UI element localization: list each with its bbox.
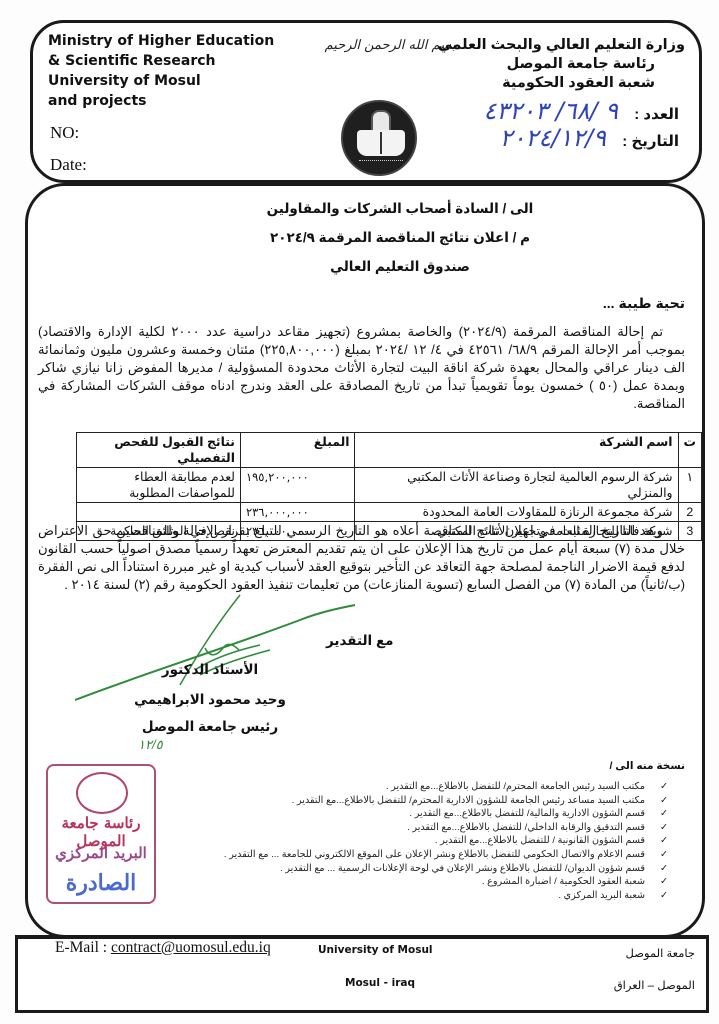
presidency-line-ar: رئاسة جامعة الموصل — [435, 55, 685, 74]
letterhead-english: Ministry of Higher Education & Scientifi… — [48, 31, 274, 111]
greeting: تحية طيبة ... — [603, 295, 685, 312]
checkmark-icon: ✓ — [655, 848, 673, 862]
row-index: 2 — [678, 503, 701, 522]
signatory-title: الأستاذ الدكتور — [110, 662, 310, 678]
checkmark-icon: ✓ — [655, 807, 673, 821]
reference-date-label: التاريخ : — [622, 133, 679, 150]
reference-value-handwritten: ٩ /٦٨/ ٤٣٢٠٣ — [484, 97, 619, 125]
list-item: ✓مكتب السيد رئيس الجامعة المحترم/ للتفضل… — [253, 780, 673, 794]
list-item: ✓شعبة العقود الحكومية / اضبارة المشروع . — [253, 875, 673, 889]
col-result: نتائج القبول للفحص التفصيلي — [77, 433, 241, 468]
col-amount: المبلغ — [240, 433, 355, 468]
table-row: 2 شركة مجموعة الرنازة للمقاولات العامة ا… — [77, 503, 702, 522]
number-label: NO: — [50, 123, 79, 143]
ministry-line: Ministry of Higher Education — [48, 31, 274, 51]
row-company: شركة مجموعة الرنازة للمقاولات العامة الم… — [355, 503, 678, 522]
row-result: لعدم مطابقة العطاء للمواصفات المطلوبة — [77, 468, 241, 503]
email-label: E-Mail : — [55, 939, 111, 956]
objection-paragraph: ويعد التاريخ المثبت في اعلان نتائج المنا… — [38, 522, 685, 594]
footer-email: E-Mail : contract@uomosul.edu.iq — [55, 939, 271, 957]
university-line: University of Mosul — [48, 71, 274, 91]
stamp-seal-icon — [76, 772, 128, 814]
closing-regards: مع التقدير — [326, 633, 394, 649]
row-result — [77, 503, 241, 522]
email-link[interactable]: contract@uomosul.edu.iq — [111, 939, 271, 956]
list-item: ✓قسم الشؤون القانونية / للتفضل بالاطلاع.… — [253, 834, 673, 848]
central-mail-stamp: رئاسة جامعة الموصل البريد المركزي الصادر… — [46, 764, 156, 904]
checkmark-icon: ✓ — [655, 794, 673, 808]
list-item: ✓قسم شؤون الديوان/ للتفضل بالاطلاع ونشر … — [253, 862, 673, 876]
footer-university-ar: جامعة الموصل — [626, 946, 695, 960]
checkmark-icon: ✓ — [655, 862, 673, 876]
list-item: ✓قسم التدقيق والرقابة الداخلي/ للتفضل با… — [253, 821, 673, 835]
addressee: الى / السادة أصحاب الشركات والمقاولين — [200, 201, 600, 217]
letterhead-arabic: وزارة التعليم العالي والبحث العلمي رئاسة… — [435, 36, 685, 93]
row-index: ١ — [678, 468, 701, 503]
table-row: ١ شركة الرسوم العالمية لتجارة وصناعة الأ… — [77, 468, 702, 503]
checkmark-icon: ✓ — [655, 821, 673, 835]
handwritten-date-mark: ١٢/٥ — [138, 737, 163, 753]
logo-tower-icon — [371, 110, 391, 132]
university-logo-icon — [341, 100, 417, 176]
row-company: شركة الرسوم العالمية لتجارة وصناعة الأثا… — [355, 468, 678, 503]
projects-line: and projects — [48, 91, 274, 111]
row-amount: ٢٣٦,٠٠٠,٠٠٠ — [240, 503, 355, 522]
reference-date-handwritten: ٢٠٢٤/١٢/٩ — [500, 124, 606, 152]
award-paragraph-text: تم إحالة المناقصة المرقمة (٢٠٢٤/٩) والخا… — [38, 323, 685, 413]
research-line: & Scientific Research — [48, 51, 274, 71]
date-label: Date: — [50, 155, 87, 175]
reference-label: العدد : — [634, 106, 679, 123]
stamp-line-outgoing: الصادرة — [52, 870, 150, 896]
logo-ring-text — [359, 160, 403, 166]
footer-city-en: Mosul - iraq — [345, 977, 415, 989]
list-item: ✓مكتب السيد مساعد رئيس الجامعة للشؤون ال… — [253, 794, 673, 808]
ministry-line-ar: وزارة التعليم العالي والبحث العلمي — [435, 36, 685, 55]
checkmark-icon: ✓ — [655, 875, 673, 889]
reference-number: العدد : ٩ /٦٨/ ٤٣٢٠٣ — [429, 97, 679, 125]
col-index: ت — [678, 433, 701, 468]
list-item: ✓قسم الشؤون الادارية والمالية/ للتفضل با… — [253, 807, 673, 821]
checkmark-icon: ✓ — [655, 889, 673, 903]
fund-name: صندوق التعليم العالي — [200, 259, 600, 275]
stamp-line-mail: البريد المركزي — [52, 844, 150, 862]
table-header-row: ت اسم الشركة المبلغ نتائج القبول للفحص ا… — [77, 433, 702, 468]
signatory-role: رئيس جامعة الموصل — [110, 719, 310, 735]
checkmark-icon: ✓ — [655, 780, 673, 794]
checkmark-icon: ✓ — [655, 834, 673, 848]
footer-university-en: University of Mosul — [318, 944, 433, 956]
row-amount: ١٩٥,٢٠٠,٠٠٠ — [240, 468, 355, 503]
award-paragraph: تم إحالة المناقصة المرقمة (٢٠٢٤/٩) والخا… — [38, 323, 685, 413]
list-item: ✓قسم الاعلام والاتصال الحكومي للتفضل بال… — [253, 848, 673, 862]
footer-city-ar: الموصل – العراق — [614, 978, 695, 992]
cc-heading: نسخة منه الى / — [609, 760, 685, 772]
subject: م / اعلان نتائج المناقصة المرقمة ٢٠٢٤/٩ — [200, 230, 600, 246]
contracts-division-line-ar: شعبة العقود الحكومية — [435, 74, 685, 93]
signatory-name: وحيد محمود الابراهيمي — [110, 692, 310, 708]
reference-date: التاريخ : ٢٠٢٤/١٢/٩ — [429, 124, 679, 152]
list-item: ✓شعبة البريد المركزي . — [253, 889, 673, 903]
cc-list: ✓مكتب السيد رئيس الجامعة المحترم/ للتفضل… — [253, 780, 673, 902]
logo-book-icon — [357, 130, 405, 156]
objection-paragraph-text: ويعد التاريخ المثبت في اعلان نتائج المنا… — [38, 522, 685, 594]
col-company: اسم الشركة — [355, 433, 678, 468]
